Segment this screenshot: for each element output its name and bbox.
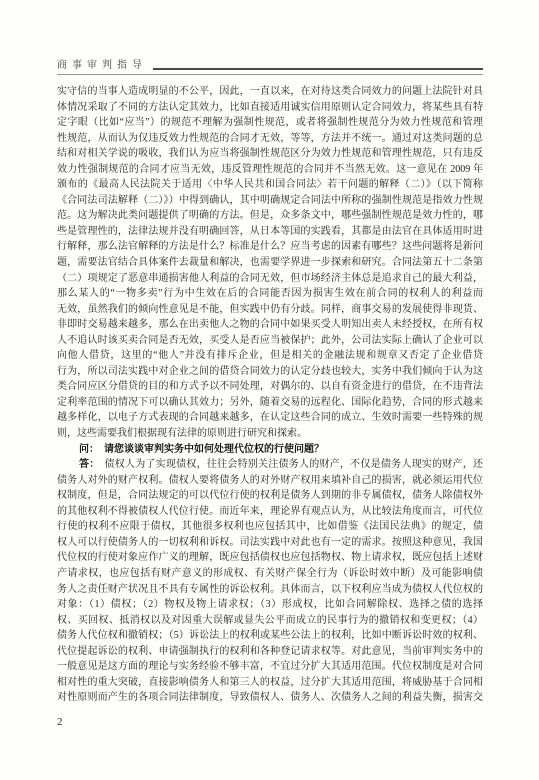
answer-line: 产请求权，也应包括有财产意义的形成权、有关财产保全行为（诉讼时效中断）及可能影响…	[57, 566, 483, 582]
paragraph-line: 性规范，从而认为仅违反效力性规范的合同才无效，等等，方法并不统一。通过对这类问题…	[57, 131, 483, 147]
paragraph-line: 题，需要法官结合具体案件去裁量和解决，也需要学界进一步探索和研究。合同法第五十二…	[57, 255, 483, 271]
paragraph-line: 实守信的当事人造成明显的不公平，因此，一直以来，在对待这类合同效力的问题上法院针…	[57, 84, 483, 100]
answer-line: 对性原则而产生的各项合同法律制度，导致债权人、债务人、次债务人之间的利益失衡，损…	[57, 690, 483, 706]
page-number: 2	[57, 716, 63, 728]
answer-line: 权制度，但是，合同法规定的可以代位行使的权利是债务人到期的非专属债权，债务人除债…	[57, 488, 483, 504]
answer-line: 行使的权利不应限于债权，其他很多权利也应包括其中，比如借鉴《法国民法典》的规定，…	[57, 519, 483, 535]
paragraph-line: 那么某人的“一物多卖”行为中生效在后的合同能否因为损害生效在前合同的权利人的利益…	[57, 286, 483, 302]
answer-line: 代位权的行使对象应作广义的理解，既应包括债权也应包括物权、物上请求权，既应包括上…	[57, 550, 483, 566]
paragraph-line: 类合同应区分借贷的目的和方式予以不同处理，对偶尔的、以自有资金进行的借贷，在不违…	[57, 379, 483, 395]
answer-paragraph: 答：债权人为了实现债权，往往会特别关注债务人的财产，不仅是债务人现实的财产，还有…	[57, 457, 483, 706]
body-text: 实守信的当事人造成明显的不公平，因此，一直以来，在对待这类合同效力的问题上法院针…	[57, 84, 483, 706]
paragraph-line: 非即时交易越来越多，那么在出卖他人之物的合同中如果买受人明知出卖人未经授权，在所…	[57, 317, 483, 333]
paragraph-line: 无效，虽然我们的倾向性意见是不能，但实践中仍有分歧。同样，商事交易的发展使得非现…	[57, 302, 483, 318]
paragraph-continuation: 实守信的当事人造成明显的不公平，因此，一直以来，在对待这类合同效力的问题上法院针…	[57, 84, 483, 442]
paragraph-line: 《合同法司法解释（二）》）中得到确认，其中明确规定合同法中所称的强制性规范是指效…	[57, 193, 483, 209]
answer-line: 债务人对外的财产权利。债权人要将债务人的对外财产权用来填补自己的损害，就必须运用…	[57, 473, 483, 489]
paragraph-line: 结和对相关学说的吸收，我们认为应当将强制性规范区分为效力性规范和管理性规范，只有…	[57, 146, 483, 162]
paragraph-line: （二）项规定了恶意串通损害他人利益的合同无效，但市场经济主体总是追求自己的最大利…	[57, 271, 483, 287]
book-page: 商事审判指导 实守信的当事人造成明显的不公平，因此，一直以来，在对待这类合同效力…	[0, 0, 539, 780]
paragraph-line: 则，这些需要我们根据现有法律的原则进行研究和探索。	[57, 426, 483, 442]
question-text: 请您谈谈审判实务中如何处理代位权的行使问题？	[104, 444, 324, 455]
page-header: 商事审判指导	[57, 56, 483, 75]
answer-label: 答：	[79, 459, 99, 470]
paragraph-line: 些是管理性的，法律法规并没有明确回答，从日本等国的实践看，其都是由法官在具体适用…	[57, 224, 483, 240]
answer-line: 相对性的重大突破，直接影响债务人和第三人的权益，过分扩大其适用范围，将威胁基于合…	[57, 675, 483, 691]
answer-line: 权人可以行使债务人的一切权利和诉权。司法实践中对此也有一定的需求。按照这种意见，…	[57, 535, 483, 551]
paragraph-line: 颁布的《最高人民法院关于适用〈中华人民共和国合同法〉若干问题的解释（二）》（以下…	[57, 177, 483, 193]
paragraph-line: 体情况采取了不同的方法认定其效力，比如直接适用诚实信用原则认定合同效力，将某些具…	[57, 100, 483, 116]
answer-line: 代位提起诉讼的权利、申请强制执行的权利和各种登记请求权等。对此意见，当前审判实务…	[57, 644, 483, 660]
answer-line: 对象：（1）债权；（2）物权及物上请求权；（3）形成权，比如合同解除权、选择之债…	[57, 597, 483, 613]
paragraph-line: 行为，所以司法实践中对企业之间的借贷合同效力的认定分歧也较大，实务中我们倾向于认…	[57, 364, 483, 380]
header-rule-thin	[57, 74, 483, 75]
paragraph-line: 定利率范围的情况下可以确认其效力；另外，随着交易的远程化、国际化趋势，合同的形式…	[57, 395, 483, 411]
paragraph-line: 向他人借贷，这里的“他人”并没有排斥企业，但是相关的金融法规和规章又否定了企业借…	[57, 348, 483, 364]
header-rule-thick	[153, 68, 483, 70]
answer-line: 答：债权人为了实现债权，往往会特别关注债务人的财产，不仅是债务人现实的财产，还有	[57, 457, 483, 473]
answer-line: 权、买回权、抵消权以及对因重大误解或显失公平而成立的民事行为的撤销权和变更权；（…	[57, 613, 483, 629]
answer-line: 债务人代位权和撤销权；（5）诉讼法上的权利或某些公法上的权利，比如中断诉讼时效的…	[57, 628, 483, 644]
paragraph-line: 定字眼（比如“应当”）的规范不理解为强制性规范，或者将强制性规范分为效力性规范和…	[57, 115, 483, 131]
question-label: 问：	[79, 444, 99, 455]
paragraph-line: 效力性强制规范的合同才应当无效，违反管理性规范的合同并不当然无效。这一意见在 2…	[57, 162, 483, 178]
question-line: 问：请您谈谈审判实务中如何处理代位权的行使问题？	[57, 442, 483, 458]
answer-line: 的其他权利不得被债权人代位行使。而近年来，理论界有观点认为，从比较法角度而言，可…	[57, 504, 483, 520]
paragraph-line: 行解释，那么法官解释的方法是什么？标准是什么？应当考虑的因素有哪些？这些问题将是…	[57, 239, 483, 255]
answer-line: 务人之责任财产状况且不具有专属性的诉讼权利。具体而言，以下权利应当成为债权人代位…	[57, 582, 483, 598]
paragraph-line: 越多样化，以电子方式表现的合同越来越多，在认定这些合同的成立、生效时需要一些特殊…	[57, 410, 483, 426]
answer-line: 一般意见是这方面的理论与实务经验不够丰富，不宜过分扩大其适用范围。代位权制度是对…	[57, 659, 483, 675]
paragraph-line: 范。这为解决此类问题提供了明确的方法。但是，众多条文中，哪些强制性规范是效力性的…	[57, 208, 483, 224]
header-title: 商事审判指导	[57, 56, 147, 73]
paragraph-line: 人不追认时该买卖合同是否无效，买受人是否应当被保护；此外，公司法实际上确认了企业…	[57, 333, 483, 349]
